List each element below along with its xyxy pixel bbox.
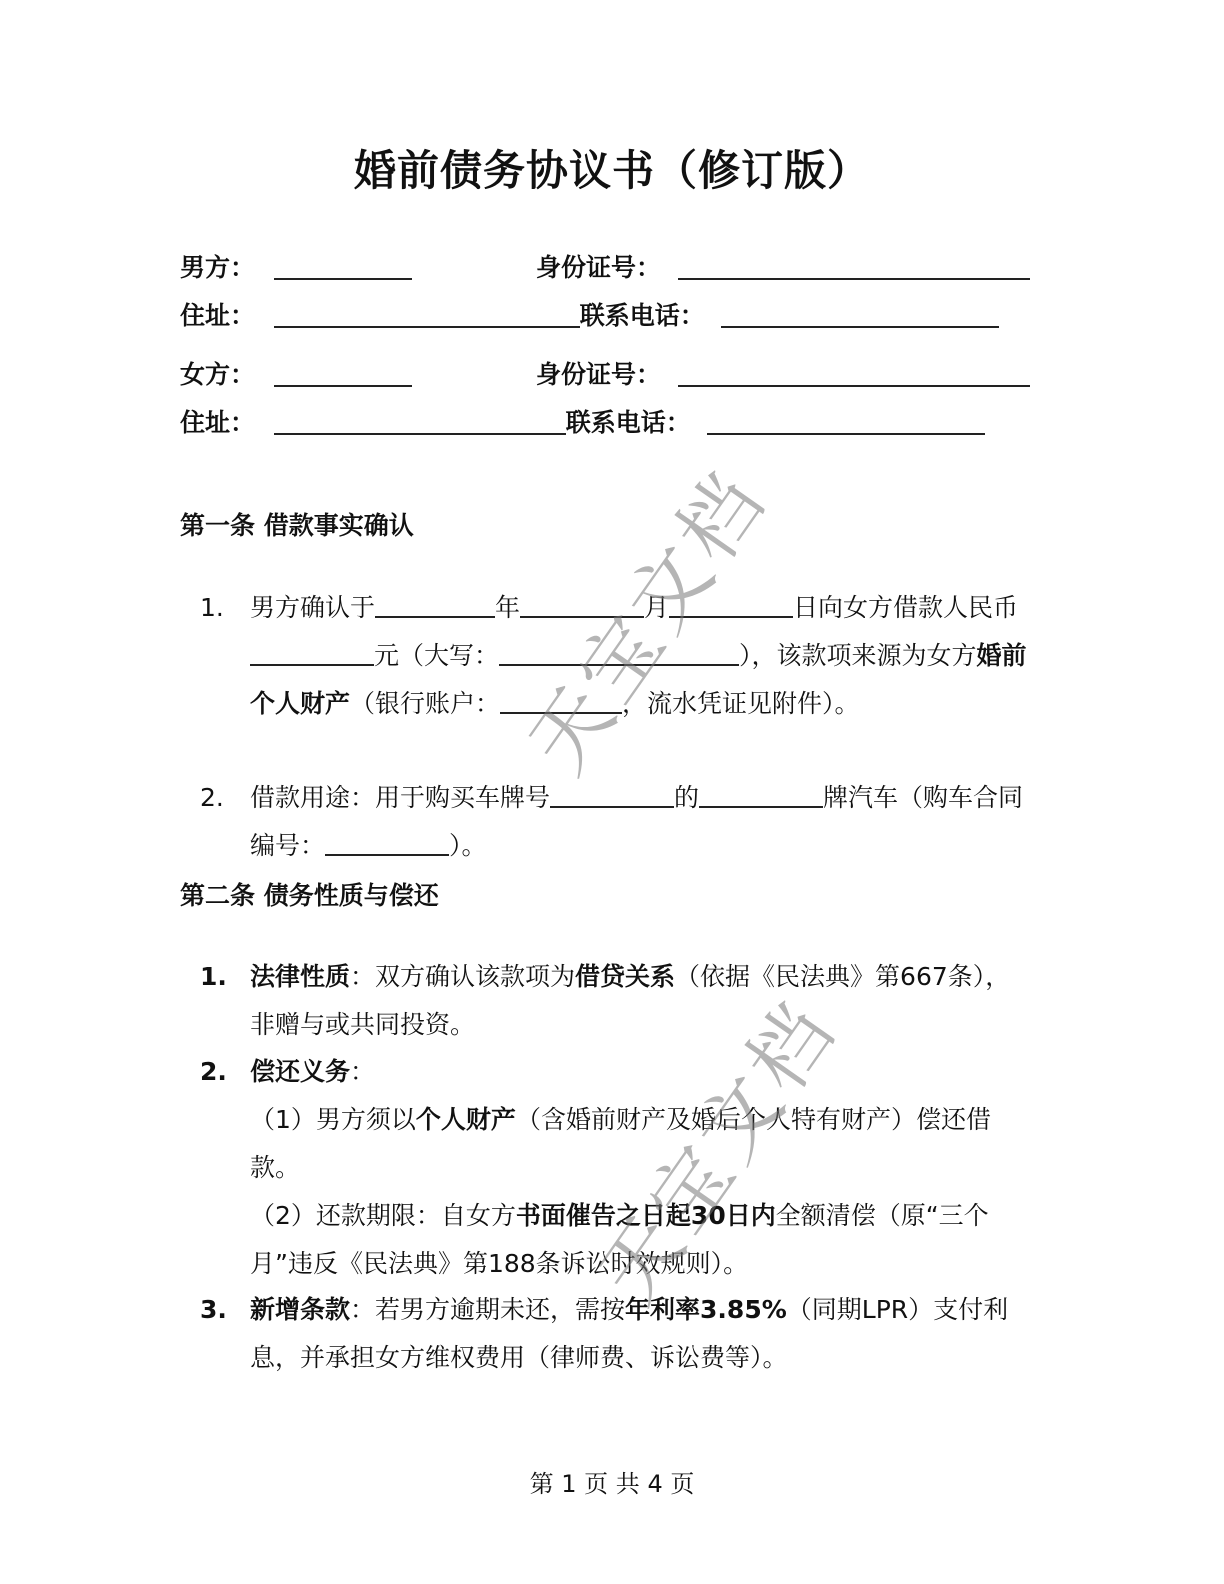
text: ）。 xyxy=(449,831,487,860)
male-phone-field[interactable] xyxy=(721,300,999,328)
item-number: 1. xyxy=(200,953,250,1001)
text: 借款用途：用于购买车牌号 xyxy=(250,783,550,812)
text: 男方确认于 xyxy=(250,593,375,622)
female-label: 女方： xyxy=(180,357,255,393)
text: 日向女方借款人民币 xyxy=(793,593,1018,622)
text: ），该款项来源为女方 xyxy=(739,641,977,670)
year-field[interactable] xyxy=(375,592,495,618)
female-phone-label: 联系电话： xyxy=(566,405,691,441)
female-id-label: 身份证号： xyxy=(536,357,661,393)
article-1-item-2: 2. 借款用途：用于购买车牌号的牌汽车（购车合同编号：）。 xyxy=(200,774,1030,870)
article-1-item-1: 1. 男方确认于年月日向女方借款人民币元（大写：），该款项来源为女方婚前个人财产… xyxy=(200,584,1030,728)
female-address-label: 住址： xyxy=(180,405,255,441)
bold-lead: 偿还义务 xyxy=(250,1057,350,1086)
car-brand-field[interactable] xyxy=(699,782,823,808)
text: 月 xyxy=(644,593,669,622)
month-field[interactable] xyxy=(520,592,644,618)
sub-clause-1: （1）男方须以个人财产（含婚前财产及婚后个人特有财产）偿还借款。 xyxy=(250,1096,1030,1192)
article-2-item-1: 1. 法律性质：双方确认该款项为借贷关系（依据《民法典》第667条），非赠与或共… xyxy=(200,953,1030,1049)
page-footer: 第 1 页 共 4 页 xyxy=(0,1464,1224,1499)
male-address-label: 住址： xyxy=(180,298,255,334)
bold-text: 书面催告之日起30日内 xyxy=(516,1201,776,1230)
text: ，流水凭证见附件）。 xyxy=(622,689,860,718)
male-phone-label: 联系电话： xyxy=(580,298,705,334)
item-number: 2. xyxy=(200,774,250,822)
bold-lead: 新增条款 xyxy=(250,1295,350,1324)
plate-number-field[interactable] xyxy=(550,782,674,808)
text: （1）男方须以 xyxy=(250,1105,416,1134)
male-id-row: 身份证号： xyxy=(536,250,1030,286)
female-name-row: 女方： xyxy=(180,357,412,393)
female-address-field[interactable] xyxy=(274,407,566,435)
text: ：双方确认该款项为 xyxy=(350,962,575,991)
article-1-heading: 第一条 借款事实确认 xyxy=(180,506,414,542)
text: （银行账户： xyxy=(350,689,500,718)
day-field[interactable] xyxy=(669,592,793,618)
document-title: 婚前债务协议书（修订版） xyxy=(0,138,1224,198)
text: （2）还款期限：自女方 xyxy=(250,1201,516,1230)
male-address-row: 住址： 联系电话： xyxy=(180,298,999,334)
female-address-row: 住址： 联系电话： xyxy=(180,405,985,441)
item-number: 2. xyxy=(200,1048,250,1096)
male-id-field[interactable] xyxy=(678,252,1030,280)
female-phone-field[interactable] xyxy=(707,407,985,435)
bold-text: 个人财产 xyxy=(416,1105,516,1134)
contract-number-field[interactable] xyxy=(325,830,449,856)
item-number: 3. xyxy=(200,1286,250,1334)
text: 的 xyxy=(674,783,699,812)
male-name-row: 男方： xyxy=(180,250,412,286)
text: 年 xyxy=(495,593,520,622)
bold-text: 借贷关系 xyxy=(575,962,675,991)
male-address-field[interactable] xyxy=(274,300,580,328)
male-name-field[interactable] xyxy=(274,252,412,280)
item-number: 1. xyxy=(200,584,250,632)
article-2-item-3: 3. 新增条款：若男方逾期未还，需按年利率3.85%（同期LPR）支付利息，并承… xyxy=(200,1286,1030,1382)
female-id-row: 身份证号： xyxy=(536,357,1030,393)
amount-uppercase-field[interactable] xyxy=(499,640,739,666)
female-id-field[interactable] xyxy=(678,359,1030,387)
article-2-heading: 第二条 债务性质与偿还 xyxy=(180,876,439,912)
male-label: 男方： xyxy=(180,250,255,286)
article-2-item-2: 2. 偿还义务： （1）男方须以个人财产（含婚前财产及婚后个人特有财产）偿还借款… xyxy=(200,1048,1030,1288)
bold-text: 年利率3.85% xyxy=(625,1295,787,1324)
female-name-field[interactable] xyxy=(274,359,412,387)
amount-field[interactable] xyxy=(250,640,374,666)
male-id-label: 身份证号： xyxy=(536,250,661,286)
text: ：若男方逾期未还，需按 xyxy=(350,1295,625,1324)
bank-account-field[interactable] xyxy=(500,688,622,714)
text: 元（大写： xyxy=(374,641,499,670)
sub-clause-2: （2）还款期限：自女方书面催告之日起30日内全额清偿（原“三个月”违反《民法典》… xyxy=(250,1192,1030,1288)
text: ： xyxy=(350,1057,375,1086)
bold-lead: 法律性质 xyxy=(250,962,350,991)
